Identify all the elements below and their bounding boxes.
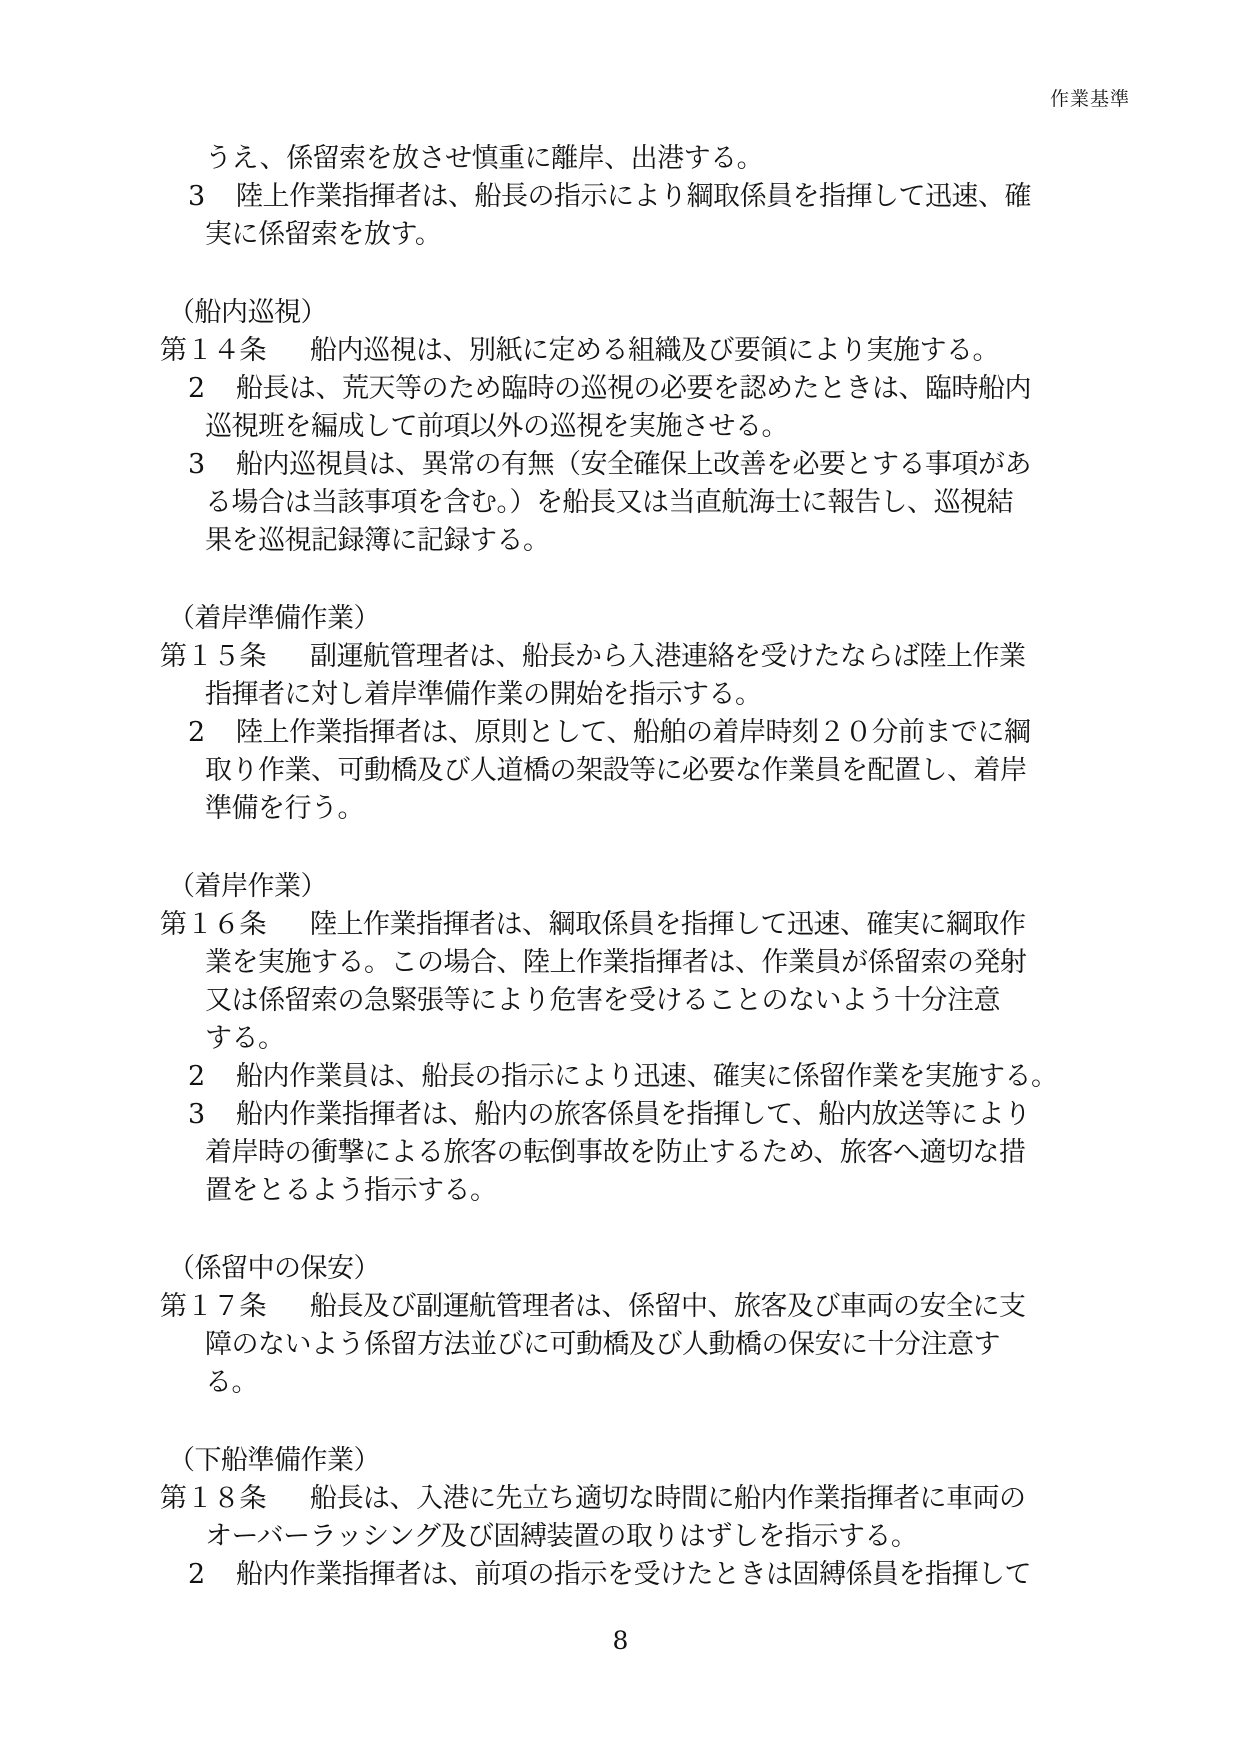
article-label: 第１４条: [160, 332, 310, 370]
paragraph-line: 取り作業、可動橋及び人道橋の架設等に必要な作業員を配置し、着岸: [160, 752, 1120, 790]
header-label: 作業基準: [1050, 84, 1130, 111]
paragraph-line: 又は係留索の急緊張等により危害を受けることのないよう十分注意: [160, 982, 1120, 1020]
section-heading: （船内巡視）: [160, 294, 1120, 332]
paragraph-line: 第１７条船長及び副運航管理者は、係留中、旅客及び車両の安全に支: [160, 1288, 1120, 1326]
section-heading: （着岸準備作業）: [160, 600, 1120, 638]
paragraph-line: 2船長は、荒天等のため臨時の巡視の必要を認めたときは、臨時船内: [160, 370, 1120, 408]
paragraph-line: オーバーラッシング及び固縛装置の取りはずしを指示する。: [160, 1518, 1120, 1556]
line-text: 陸上作業指揮者は、船長の指示により綱取係員を指揮して迅速、確: [236, 181, 1031, 212]
line-text: 船長及び副運航管理者は、係留中、旅客及び車両の安全に支: [310, 1291, 1026, 1322]
item-number: 2: [188, 370, 236, 408]
paragraph-line: 第１５条副運航管理者は、船長から入港連絡を受けたならば陸上作業: [160, 638, 1120, 676]
section-chakugan-junbi: （着岸準備作業） 第１５条副運航管理者は、船長から入港連絡を受けたならば陸上作業…: [160, 600, 1120, 828]
paragraph-line: 第１４条船内巡視は、別紙に定める組織及び要領により実施する。: [160, 332, 1120, 370]
paragraph-line: 3船内作業指揮者は、船内の旅客係員を指揮して、船内放送等により: [160, 1096, 1120, 1134]
paragraph-line: 障のないよう係留方法並びに可動橋及び人動橋の保安に十分注意す: [160, 1326, 1120, 1364]
item-number: 2: [188, 1058, 236, 1096]
section-intro: うえ、係留索を放させ慎重に離岸、出港する。 3陸上作業指揮者は、船長の指示により…: [160, 140, 1120, 254]
paragraph-line: 準備を行う。: [160, 790, 1120, 828]
item-number: 3: [188, 446, 236, 484]
section-keiryu-hoan: （係留中の保安） 第１７条船長及び副運航管理者は、係留中、旅客及び車両の安全に支…: [160, 1250, 1120, 1402]
paragraph-line: 2船内作業指揮者は、前項の指示を受けたときは固縛係員を指揮して: [160, 1556, 1120, 1594]
item-number: 2: [188, 1556, 236, 1594]
paragraph-line: 第１６条陸上作業指揮者は、綱取係員を指揮して迅速、確実に綱取作: [160, 906, 1120, 944]
paragraph-line: 果を巡視記録簿に記録する。: [160, 522, 1120, 560]
paragraph-line: うえ、係留索を放させ慎重に離岸、出港する。: [160, 140, 1120, 178]
paragraph-line: する。: [160, 1020, 1120, 1058]
section-chakugan-sagyo: （着岸作業） 第１６条陸上作業指揮者は、綱取係員を指揮して迅速、確実に綱取作 業…: [160, 868, 1120, 1210]
section-gesen-junbi: （下船準備作業） 第１８条船長は、入港に先立ち適切な時間に船内作業指揮者に車両の…: [160, 1442, 1120, 1594]
line-text: 陸上作業指揮者は、綱取係員を指揮して迅速、確実に綱取作: [310, 909, 1026, 940]
line-text: 船内巡視は、別紙に定める組織及び要領により実施する。: [310, 335, 999, 366]
line-text: 船内作業指揮者は、船内の旅客係員を指揮して、船内放送等により: [236, 1099, 1030, 1130]
paragraph-line: 2陸上作業指揮者は、原則として、船舶の着岸時刻２０分前までに綱: [160, 714, 1120, 752]
section-heading: （着岸作業）: [160, 868, 1120, 906]
article-label: 第１８条: [160, 1480, 310, 1518]
paragraph-line: 置をとるよう指示する。: [160, 1172, 1120, 1210]
paragraph-line: 第１８条船長は、入港に先立ち適切な時間に船内作業指揮者に車両の: [160, 1480, 1120, 1518]
item-number: 3: [188, 178, 236, 216]
paragraph-line: 着岸時の衝撃による旅客の転倒事故を防止するため、旅客へ適切な措: [160, 1134, 1120, 1172]
paragraph-line: 3陸上作業指揮者は、船長の指示により綱取係員を指揮して迅速、確: [160, 178, 1120, 216]
paragraph-line: 2船内作業員は、船長の指示により迅速、確実に係留作業を実施する。: [160, 1058, 1120, 1096]
paragraph-line: る場合は当該事項を含む。）を船長又は当直航海士に報告し、巡視結: [160, 484, 1120, 522]
article-label: 第１５条: [160, 638, 310, 676]
document-page: 作業基準 うえ、係留索を放させ慎重に離岸、出港する。 3陸上作業指揮者は、船長の…: [0, 0, 1241, 1755]
paragraph-line: 3船内巡視員は、異常の有無（安全確保上改善を必要とする事項があ: [160, 446, 1120, 484]
document-body: うえ、係留索を放させ慎重に離岸、出港する。 3陸上作業指揮者は、船長の指示により…: [160, 140, 1120, 1594]
line-text: 船長は、入港に先立ち適切な時間に船内作業指揮者に車両の: [310, 1483, 1026, 1514]
section-heading: （係留中の保安）: [160, 1250, 1120, 1288]
item-number: 3: [188, 1096, 236, 1134]
line-text: 船長は、荒天等のため臨時の巡視の必要を認めたときは、臨時船内: [236, 373, 1031, 404]
paragraph-line: 実に係留索を放す。: [160, 216, 1120, 254]
article-label: 第１６条: [160, 906, 310, 944]
section-sennai-junshi: （船内巡視） 第１４条船内巡視は、別紙に定める組織及び要領により実施する。 2船…: [160, 294, 1120, 560]
line-text: 副運航管理者は、船長から入港連絡を受けたならば陸上作業: [310, 641, 1026, 672]
paragraph-line: 指揮者に対し着岸準備作業の開始を指示する。: [160, 676, 1120, 714]
line-text: 船内作業指揮者は、前項の指示を受けたときは固縛係員を指揮して: [236, 1559, 1031, 1590]
item-number: 2: [188, 714, 236, 752]
line-text: 陸上作業指揮者は、原則として、船舶の着岸時刻２０分前までに綱: [236, 717, 1030, 748]
paragraph-line: 巡視班を編成して前項以外の巡視を実施させる。: [160, 408, 1120, 446]
page-number: 8: [0, 1626, 1241, 1655]
article-label: 第１７条: [160, 1288, 310, 1326]
section-heading: （下船準備作業）: [160, 1442, 1120, 1480]
paragraph-line: る。: [160, 1364, 1120, 1402]
line-text: 船内巡視員は、異常の有無（安全確保上改善を必要とする事項があ: [236, 449, 1031, 480]
line-text: 船内作業員は、船長の指示により迅速、確実に係留作業を実施する。: [236, 1061, 1058, 1092]
paragraph-line: 業を実施する。この場合、陸上作業指揮者は、作業員が係留索の発射: [160, 944, 1120, 982]
